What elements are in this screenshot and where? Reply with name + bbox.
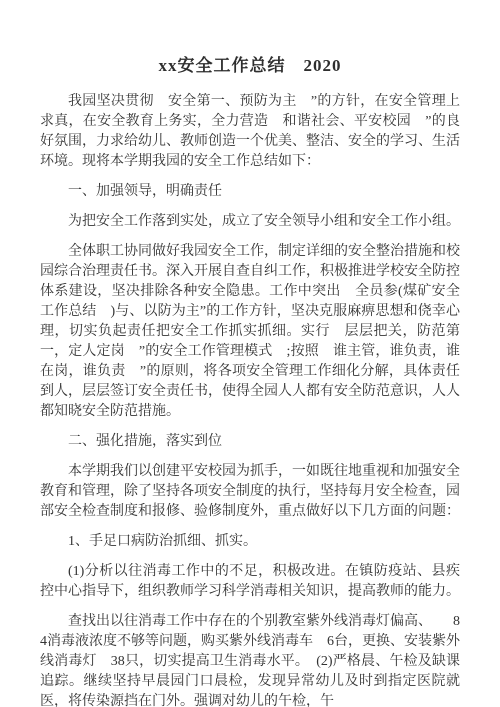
- paragraph-intro: 我园坚决贯彻 安全第一、预防为主 ”的方针，在安全管理上求真，在安全教育上务实，…: [40, 92, 460, 172]
- paragraph-disinfection-training: (1)分析以往消毒工作中的不足，积极改进。在镇防疫站、县疾控中心指导下，组织教师…: [40, 562, 460, 602]
- section-heading-1: 一、加强领导，明确责任: [40, 182, 460, 202]
- document-title: xx安全工作总结 2020: [40, 54, 460, 78]
- section-heading-2: 二、强化措施，落实到位: [40, 432, 460, 452]
- paragraph-measures-overview: 本学期我们以创建平安校园为抓手，一如既往地重视和加强安全教育和管理，除了坚持各项…: [40, 462, 460, 522]
- paragraph-item-1-hfmd: 1、手足口病防治抓细、抓实。: [40, 532, 460, 552]
- paragraph-responsibility-system: 全体职工协同做好我园安全工作，制定详细的安全整治措施和校园综合治理责任书。深入开…: [40, 242, 460, 422]
- document-page: xx安全工作总结 2020 我园坚决贯彻 安全第一、预防为主 ”的方针，在安全管…: [0, 0, 500, 707]
- paragraph-leadership-groups: 为把安全工作落到实处，成立了安全领导小组和安全工作小组。: [40, 212, 460, 232]
- paragraph-disinfection-equipment-checks: 查找出以往消毒工作中存在的个别教室紫外线消毒灯偏高、 84消毒液浓度不够等问题，…: [40, 612, 460, 707]
